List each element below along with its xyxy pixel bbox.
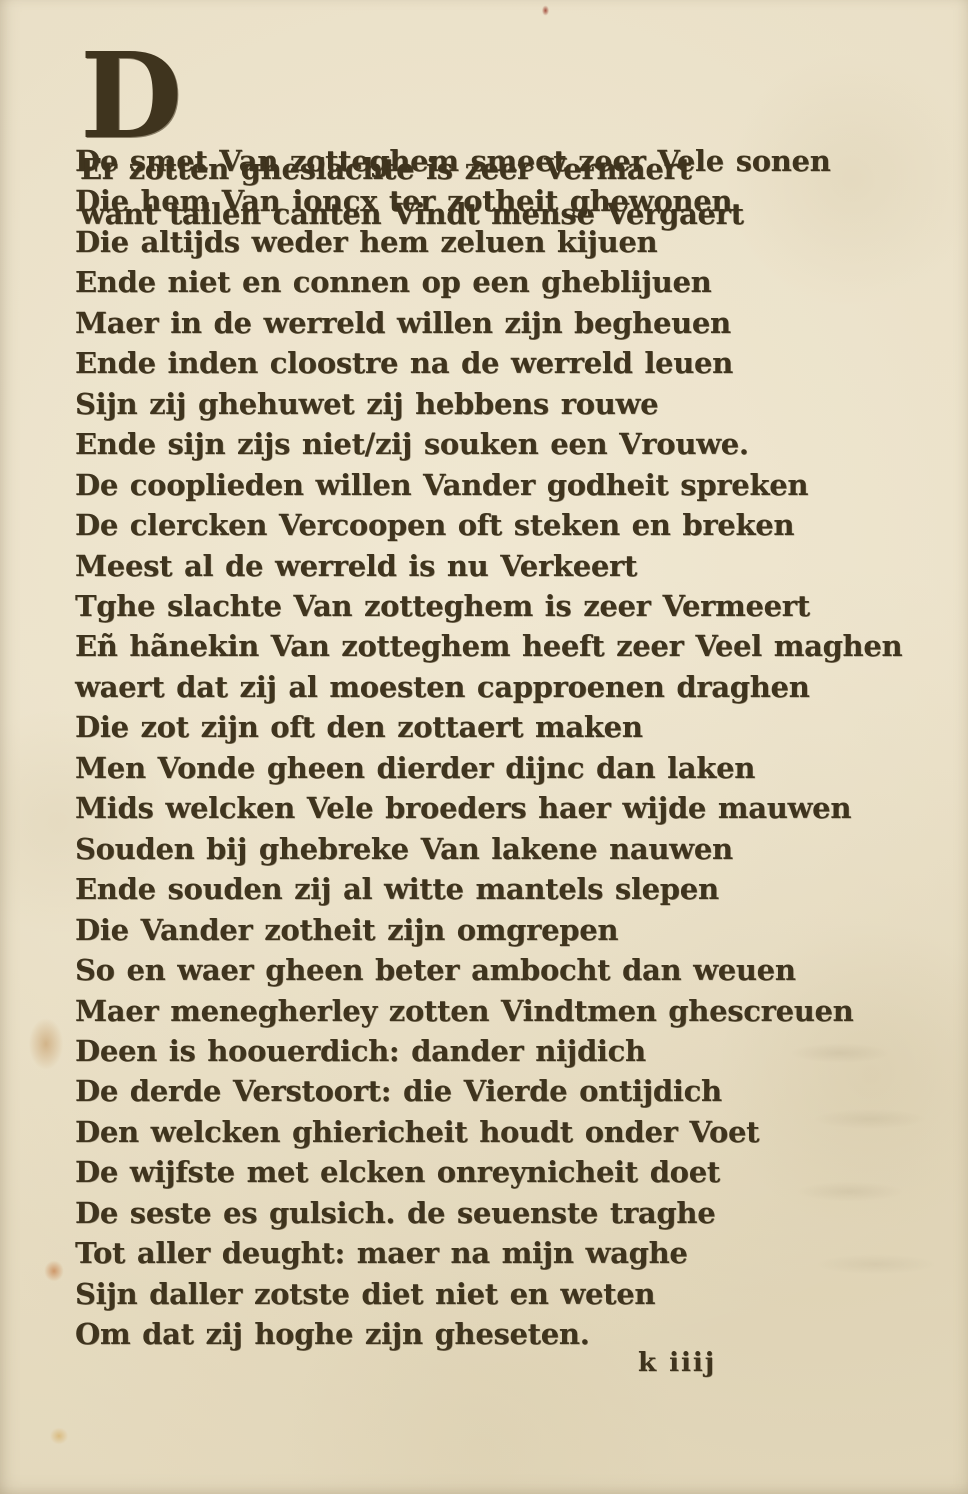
poem-line: Tot aller deught: maer na mijn waghe xyxy=(75,1233,902,1273)
poem-line: Maer in de werreld willen zijn begheuen xyxy=(75,303,902,343)
poem-line: Meest al de werreld is nu Verkeert xyxy=(75,546,902,586)
poem-line: Sijn daller zotste diet niet en weten xyxy=(75,1274,902,1314)
poem-line: De wijfste met elcken onreynicheit doet xyxy=(75,1152,902,1192)
poem-line: Ende souden zij al witte mantels slepen xyxy=(75,869,902,909)
paper-stain xyxy=(40,1256,68,1286)
paper-stain xyxy=(46,1424,72,1448)
poem-line: Deen is hoouerdich: dander nijdich xyxy=(75,1031,902,1071)
poem-line: Die zot zijn oft den zottaert maken xyxy=(75,707,902,747)
poem-line: De seste es gulsich. de seuenste traghe xyxy=(75,1193,902,1233)
poem-line: Die Vander zotheit zijn omgrepen xyxy=(75,910,902,950)
poem-line: Maer menegherley zotten Vindtmen ghescre… xyxy=(75,991,902,1031)
poem-line: Ende sijn zijs niet/zij souken een Vrouw… xyxy=(75,424,902,464)
poem-line: Eñ hãnekin Van zotteghem heeft zeer Veel… xyxy=(75,626,902,666)
poem-line: Die altijds weder hem zeluen kijuen xyxy=(75,222,902,262)
poem-line: Souden bij ghebreke Van lakene nauwen xyxy=(75,829,902,869)
poem-line: Men Vonde gheen dierder dijnc dan laken xyxy=(75,748,902,788)
drop-cap-initial: D xyxy=(80,48,180,144)
poem-line: Sijn zij ghehuwet zij hebbens rouwe xyxy=(75,384,902,424)
quire-signature: k iiij xyxy=(638,1348,716,1378)
poem-line: So en waer gheen beter ambocht dan weuen xyxy=(75,950,902,990)
poem-line: De smet Van zotteghem smeet zeer Vele so… xyxy=(75,141,902,181)
poem-line: De derde Verstoort: die Vierde ontijdich xyxy=(75,1071,902,1111)
poem-body: De smet Van zotteghem smeet zeer Vele so… xyxy=(75,141,902,1355)
paper-stain xyxy=(22,1008,70,1080)
poem-line: Mids welcken Vele broeders haer wijde ma… xyxy=(75,788,902,828)
book-page: D Er zotten gheslachte is zeer Vermaert … xyxy=(0,0,968,1494)
poem-line: Die hem Van ioncx ter zotheit ghewonen xyxy=(75,181,902,221)
poem-line: Den welcken ghiericheit houdt onder Voet xyxy=(75,1112,902,1152)
poem-line: waert dat zij al moesten capproenen drag… xyxy=(75,667,902,707)
paper-speck xyxy=(541,4,550,17)
poem-line: Om dat zij hoghe zijn gheseten. xyxy=(75,1314,902,1354)
poem-line: Ende niet en connen op een gheblijuen xyxy=(75,262,902,302)
poem-line: Tghe slachte Van zotteghem is zeer Verme… xyxy=(75,586,902,626)
poem-line: Ende inden cloostre na de werreld leuen xyxy=(75,343,902,383)
poem-line: De cooplieden willen Vander godheit spre… xyxy=(75,465,902,505)
poem-line: De clercken Vercoopen oft steken en brek… xyxy=(75,505,902,545)
